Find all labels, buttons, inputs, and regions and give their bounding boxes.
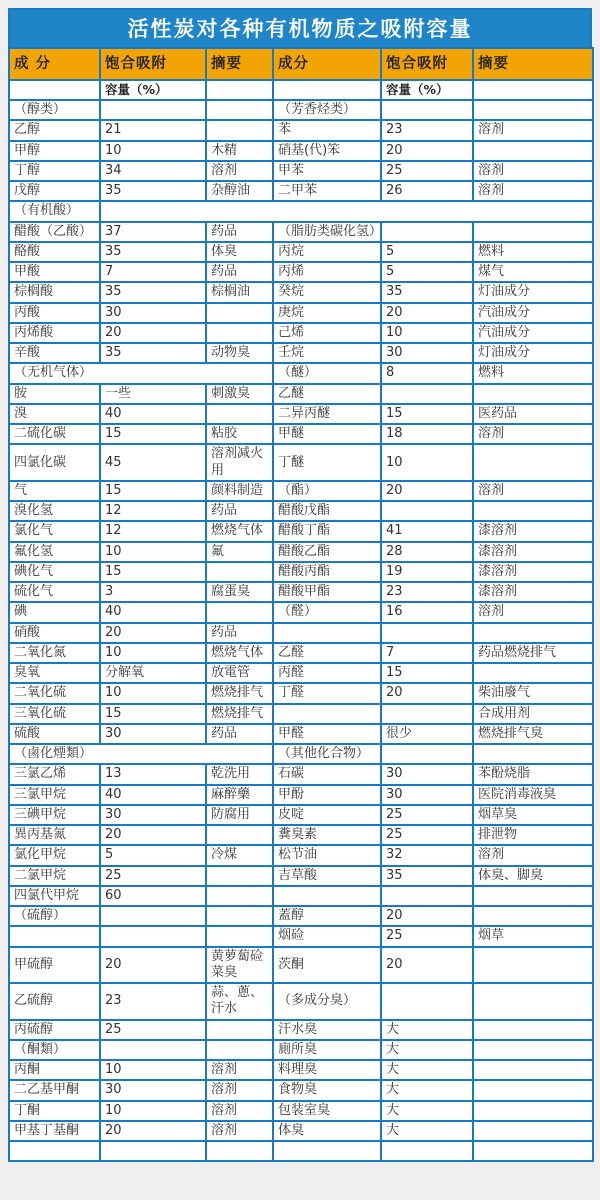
table-cell: 三碘甲烷 (9, 805, 100, 825)
table-cell: 60 (100, 886, 206, 906)
table-row: 胺一些刺激臭乙醚 (9, 384, 593, 404)
table-cell: 丙烯 (273, 262, 381, 282)
table-cell: 30 (100, 805, 206, 825)
table-row: 丙酸30庚烷20汽油成分 (9, 303, 593, 323)
table-row: （鹵化煙類）（其他化合物） (9, 744, 593, 764)
table-cell: 醋酸甲酯 (273, 582, 381, 602)
table-cell: 腐蛋臭 (206, 582, 273, 602)
table-cell: 燃烧排气 (206, 704, 273, 724)
table-cell: 杂醇油 (206, 181, 273, 201)
table-cell: 大 (381, 1121, 473, 1141)
table-cell: 庚烷 (273, 303, 381, 323)
table-row: 甲醇10木精硝基(代)笨20 (9, 141, 593, 161)
table-cell: 粘胶 (206, 424, 273, 444)
table-cell: 煤气 (473, 262, 593, 282)
table-row: 棕榈酸35棕榈油癸烷35灯油成分 (9, 282, 593, 302)
table-cell: 大 (381, 1101, 473, 1121)
table-cell: 体臭、脚臭 (473, 866, 593, 886)
table-cell (473, 222, 593, 242)
table-cell (381, 623, 473, 643)
table-cell: 壬烷 (273, 343, 381, 363)
table-cell: 23 (381, 582, 473, 602)
table-cell: 23 (381, 120, 473, 140)
table-cell: 20 (381, 683, 473, 703)
table-cell: 甲硫醇 (9, 947, 100, 984)
table-cell: 大 (381, 1020, 473, 1040)
table-cell: 35 (381, 866, 473, 886)
table-cell (206, 825, 273, 845)
table-cell: 醋酸戊酯 (273, 501, 381, 521)
table-cell: 碘 (9, 602, 100, 622)
table-cell (206, 926, 273, 946)
table-cell (473, 1080, 593, 1100)
table-cell: 25 (381, 825, 473, 845)
table-cell: 包装室臭 (273, 1101, 381, 1121)
table-cell: 甲苯 (273, 161, 381, 181)
table-cell (206, 1040, 273, 1060)
table-cell: 醋酸（乙酸） (9, 222, 100, 242)
table-row: 三氧化硫15燃烧排气合成用剂 (9, 704, 593, 724)
table-cell: 甲醛 (273, 724, 381, 744)
table-header: 成 分 饱合吸附 摘要 成分 饱合吸附 摘要 容量（%） 容量（%） (9, 48, 593, 100)
table-cell (473, 100, 593, 120)
table-cell: 氟化氢 (9, 542, 100, 562)
table-cell: 丁酮 (9, 1101, 100, 1121)
table-cell (206, 100, 273, 120)
table-cell: （酮類） (9, 1040, 100, 1060)
table-cell: 防腐用 (206, 805, 273, 825)
table-row: 氟化氢10氟醋酸乙酯28漆溶剂 (9, 542, 593, 562)
table-cell: 二硫化碳 (9, 424, 100, 444)
header-component-left: 成 分 (9, 48, 100, 80)
table-cell: 汽油成分 (473, 323, 593, 343)
table-row: 丙酮10溶剂料理臭大 (9, 1060, 593, 1080)
table-cell: 漆溶剂 (473, 542, 593, 562)
table-cell (473, 1141, 593, 1161)
table-cell: 溶剂 (473, 424, 593, 444)
table-cell: 体臭 (273, 1121, 381, 1141)
table-cell (473, 623, 593, 643)
table-cell: 料理臭 (273, 1060, 381, 1080)
table-cell: 己烯 (273, 323, 381, 343)
table-cell: 分解氧 (100, 663, 206, 683)
table-cell (381, 384, 473, 404)
table-cell: 硝酸 (9, 623, 100, 643)
table-cell: 20 (381, 141, 473, 161)
table-cell: （其他化合物） (273, 744, 381, 764)
table-cell: 四氯代甲烷 (9, 886, 100, 906)
table-cell: 二氧化氮 (9, 643, 100, 663)
table-cell: 溶剂 (473, 120, 593, 140)
table-cell: 甲基丁基酮 (9, 1121, 100, 1141)
table-row: 氯化气12燃烧气体醋酸丁酯41漆溶剂 (9, 521, 593, 541)
table-cell: 12 (100, 521, 206, 541)
table-cell: 醋酸乙酯 (273, 542, 381, 562)
table-cell: 15 (100, 562, 206, 582)
table-row: 甲酸7药品丙烯5煤气 (9, 262, 593, 282)
subheader-cell (9, 80, 100, 100)
table-cell (473, 384, 593, 404)
table-cell (206, 303, 273, 323)
table-cell (381, 704, 473, 724)
table-row: 三氯乙烯13乾洗用石碳30苯酚烧脂 (9, 764, 593, 784)
table-cell: 溶剂 (473, 845, 593, 865)
table-cell: 40 (100, 785, 206, 805)
table-cell: 10 (100, 643, 206, 663)
table-cell: 35 (100, 343, 206, 363)
table-cell: 10 (100, 683, 206, 703)
table-cell (9, 1141, 100, 1161)
table-cell (273, 1141, 381, 1161)
table-cell (473, 744, 593, 764)
table-cell: 20 (381, 906, 473, 926)
table-cell: 15 (381, 663, 473, 683)
table-cell: 三氯乙烯 (9, 764, 100, 784)
table-cell (473, 947, 593, 984)
table-row: 二硫化碳15粘胶甲醚18溶剂 (9, 424, 593, 444)
table-cell: 药品燃烧排气 (473, 643, 593, 663)
table-cell: 气 (9, 481, 100, 501)
table-row: （无机气体）（醚）8燃料 (9, 363, 593, 383)
table-cell: 胺 (9, 384, 100, 404)
table-cell: 茨酮 (273, 947, 381, 984)
table-cell: 燃料 (473, 242, 593, 262)
table-cell: 醋酸丙酯 (273, 562, 381, 582)
table-cell: 硫化气 (9, 582, 100, 602)
table-cell: 25 (381, 161, 473, 181)
table-row: 四氯化碳45溶剂减火用丁醚10 (9, 444, 593, 481)
table-cell: 30 (381, 343, 473, 363)
table-cell: 硝基(代)笨 (273, 141, 381, 161)
table-cell: 氟 (206, 542, 273, 562)
table-cell: 放電管 (206, 663, 273, 683)
table-cell: （芳香烃类） (273, 100, 381, 120)
table-cell: 药品 (206, 724, 273, 744)
table-cell: 30 (100, 724, 206, 744)
table-cell: 5 (381, 262, 473, 282)
table-cell: 20 (100, 323, 206, 343)
table-cell: 木精 (206, 141, 273, 161)
table-row: 丙硫醇25汗水臭大 (9, 1020, 593, 1040)
table-cell: 21 (100, 120, 206, 140)
table-cell (273, 704, 381, 724)
table-row: 醋酸（乙酸）37药品（脂肪类碳化氢） (9, 222, 593, 242)
table-cell (206, 886, 273, 906)
table-row: 溴化氢12药品醋酸戊酯 (9, 501, 593, 521)
table-cell (473, 501, 593, 521)
table-cell: 一些 (100, 384, 206, 404)
table-cell: （醛） (273, 602, 381, 622)
table-cell: 甲醇 (9, 141, 100, 161)
table-cell: 10 (100, 141, 206, 161)
table-cell: 三氯甲烷 (9, 785, 100, 805)
table-cell: 合成用剂 (473, 704, 593, 724)
table-row: 甲基丁基酮20溶剂体臭大 (9, 1121, 593, 1141)
table-row: 烟硷25烟草 (9, 926, 593, 946)
table-cell (473, 1060, 593, 1080)
table-cell: 甲酚 (273, 785, 381, 805)
table-row: 硫酸30药品甲醛很少燃烧排气臭 (9, 724, 593, 744)
table-cell: 7 (381, 643, 473, 663)
table-cell (381, 501, 473, 521)
table-cell: 药品 (206, 501, 273, 521)
adsorption-table: 成 分 饱合吸附 摘要 成分 饱合吸附 摘要 容量（%） 容量（%） （醇类）（… (8, 47, 594, 1162)
table-cell: （有机酸） (9, 201, 100, 221)
table-cell: 漆溶剂 (473, 562, 593, 582)
table-cell: 硫酸 (9, 724, 100, 744)
table-cell: 苯酚烧脂 (473, 764, 593, 784)
header-component-right: 成分 (273, 48, 381, 80)
table-cell: 燃料 (473, 363, 593, 383)
table-cell (100, 1141, 206, 1161)
table-cell: 醋酸丁酯 (273, 521, 381, 541)
table-cell: 35 (100, 282, 206, 302)
table-cell: 戊醇 (9, 181, 100, 201)
table-cell: 32 (381, 845, 473, 865)
table-cell: 溶剂 (206, 1101, 273, 1121)
table-cell: 氯化甲烷 (9, 845, 100, 865)
table-cell: 燃烧气体 (206, 643, 273, 663)
table-row: 戊醇35杂醇油二甲苯26溶剂 (9, 181, 593, 201)
table-cell: 20 (100, 825, 206, 845)
table-cell: 臭氧 (9, 663, 100, 683)
table-cell: （醚） (273, 363, 381, 383)
table-cell: 15 (100, 424, 206, 444)
table-cell: 溶剂减火用 (206, 444, 273, 481)
table-cell (381, 744, 473, 764)
table-row: 二乙基甲酮30溶剂食物臭大 (9, 1080, 593, 1100)
page-title: 活性炭对各种有机物质之吸附容量 (8, 8, 592, 47)
table-cell: 丙醛 (273, 663, 381, 683)
table-cell (381, 222, 473, 242)
table-row: （醇类）（芳香烃类） (9, 100, 593, 120)
table-cell (381, 100, 473, 120)
table-cell: 燃烧排气 (206, 683, 273, 703)
table-cell: 溶剂 (473, 602, 593, 622)
table-cell: 冷煤 (206, 845, 273, 865)
header-summary-left: 摘要 (206, 48, 273, 80)
table-row: 碘40（醛）16溶剂 (9, 602, 593, 622)
table-cell (100, 1040, 206, 1060)
table-cell: 灯油成分 (473, 282, 593, 302)
table-cell: 漆溶剂 (473, 521, 593, 541)
table-cell: （硫醇） (9, 906, 100, 926)
table-cell: 20 (381, 947, 473, 984)
table-row: 乙醇21苯23溶剂 (9, 120, 593, 140)
table-cell: 二氧化硫 (9, 683, 100, 703)
table-cell: 30 (100, 1080, 206, 1100)
table-cell: 漆溶剂 (473, 582, 593, 602)
table-cell: 20 (100, 947, 206, 984)
table-cell (473, 663, 593, 683)
subheader-row: 容量（%） 容量（%） (9, 80, 593, 100)
table-cell: 汗水臭 (273, 1020, 381, 1040)
table-cell: 25 (381, 805, 473, 825)
header-row: 成 分 饱合吸附 摘要 成分 饱合吸附 摘要 (9, 48, 593, 80)
table-cell: 15 (100, 481, 206, 501)
table-cell: 丁醛 (273, 683, 381, 703)
table-cell: 7 (100, 262, 206, 282)
table-cell (273, 886, 381, 906)
table-cell (206, 602, 273, 622)
table-cell: 大 (381, 1040, 473, 1060)
table-cell: 烟草臭 (473, 805, 593, 825)
table-cell: 黄萝蔔硷菜臭 (206, 947, 273, 984)
table-row: （硫醇）蓋醇20 (9, 906, 593, 926)
table-cell: 燃烧排气臭 (473, 724, 593, 744)
table-cell: 酪酸 (9, 242, 100, 262)
table-cell: 二氯甲烷 (9, 866, 100, 886)
table-cell: 16 (381, 602, 473, 622)
table-row: （有机酸） (9, 201, 593, 221)
table-cell: 10 (381, 323, 473, 343)
table-row: 三碘甲烷30防腐用皮啶25烟草臭 (9, 805, 593, 825)
table-cell: 26 (381, 181, 473, 201)
table-row: （酮類）廁所臭大 (9, 1040, 593, 1060)
table-cell: 碘化气 (9, 562, 100, 582)
table-cell: 三氧化硫 (9, 704, 100, 724)
table-cell: 13 (100, 764, 206, 784)
table-cell: 溴化氢 (9, 501, 100, 521)
table-cell: 溶剂 (473, 181, 593, 201)
subheader-cell (206, 80, 273, 100)
table-cell (473, 886, 593, 906)
table-cell: 汽油成分 (473, 303, 593, 323)
header-summary-right: 摘要 (473, 48, 593, 80)
table-cell (206, 404, 273, 424)
table-cell: 34 (100, 161, 206, 181)
table-cell (381, 1141, 473, 1161)
table-cell: 棕榈酸 (9, 282, 100, 302)
table-cell: 15 (381, 404, 473, 424)
table-row: 二氯甲烷25吉草酸35体臭、脚臭 (9, 866, 593, 886)
table-cell (473, 1020, 593, 1040)
table-cell: 石碳 (273, 764, 381, 784)
table-cell: 丙烷 (273, 242, 381, 262)
subheader-capacity-right: 容量（%） (381, 80, 473, 100)
table-cell: （酯） (273, 481, 381, 501)
table-cell: 麻醉藥 (206, 785, 273, 805)
table-cell: 35 (100, 181, 206, 201)
table-cell: 甲醚 (273, 424, 381, 444)
table-cell: （脂肪类碳化氢） (273, 222, 381, 242)
table-cell: 19 (381, 562, 473, 582)
table-cell: 丁醚 (273, 444, 381, 481)
table-cell: 溶剂 (473, 481, 593, 501)
table-row: 溴40二异丙醚15医药品 (9, 404, 593, 424)
table-cell (473, 906, 593, 926)
table-cell (473, 444, 593, 481)
table-cell (473, 1040, 593, 1060)
table-cell: 皮啶 (273, 805, 381, 825)
table-row: 丁酮10溶剂包装室臭大 (9, 1101, 593, 1121)
table-cell (206, 866, 273, 886)
table-cell: 異丙基氮 (9, 825, 100, 845)
table-cell (100, 906, 206, 926)
table-row: 硝酸20药品 (9, 623, 593, 643)
table-cell: 溴 (9, 404, 100, 424)
table-cell: （鹵化煙類） (9, 744, 273, 764)
table-cell: 癸烷 (273, 282, 381, 302)
table-row: 碘化气15醋酸丙酯19漆溶剂 (9, 562, 593, 582)
table-cell (473, 983, 593, 1020)
table-cell: 二异丙醚 (273, 404, 381, 424)
table-cell: 10 (381, 444, 473, 481)
table-cell: 18 (381, 424, 473, 444)
table-row: 乙硫醇23蒜、蔥、汗水（多成分臭） (9, 983, 593, 1020)
table-cell: 25 (100, 866, 206, 886)
table-cell (473, 141, 593, 161)
table-cell: 烟硷 (273, 926, 381, 946)
table-row: 臭氧分解氧放電管丙醛15 (9, 663, 593, 683)
table-cell: 丙硫醇 (9, 1020, 100, 1040)
table-cell: 37 (100, 222, 206, 242)
table-cell (206, 1141, 273, 1161)
table-row: 甲硫醇20黄萝蔔硷菜臭茨酮20 (9, 947, 593, 984)
table-cell: 5 (381, 242, 473, 262)
table-cell: 食物臭 (273, 1080, 381, 1100)
table-cell: 溶剂 (473, 161, 593, 181)
table-cell: 10 (100, 542, 206, 562)
table-cell (273, 623, 381, 643)
table-cell: 药品 (206, 623, 273, 643)
table-cell: 柴油廢气 (473, 683, 593, 703)
table-cell: 40 (100, 602, 206, 622)
table-cell: 20 (381, 481, 473, 501)
table-row: 丙烯酸20己烯10汽油成分 (9, 323, 593, 343)
table-cell: 颜料制造 (206, 481, 273, 501)
table-cell: 35 (381, 282, 473, 302)
table-cell: 溶剂 (206, 1121, 273, 1141)
table-cell: 丁醇 (9, 161, 100, 181)
table-cell: （多成分臭） (273, 983, 381, 1020)
table-cell: 烟草 (473, 926, 593, 946)
table-cell: 体臭 (206, 242, 273, 262)
table-cell: 25 (100, 1020, 206, 1040)
table-cell: 溶剂 (206, 161, 273, 181)
table-cell: 乙醚 (273, 384, 381, 404)
table-cell: 35 (100, 242, 206, 262)
table-cell: 3 (100, 582, 206, 602)
table-cell: 廁所臭 (273, 1040, 381, 1060)
table-cell: 棕榈油 (206, 282, 273, 302)
table-cell: 8 (381, 363, 473, 383)
table-row: 丁醇34溶剂甲苯25溶剂 (9, 161, 593, 181)
table-cell (100, 100, 206, 120)
table-row: 四氯代甲烷60 (9, 886, 593, 906)
table-row: 二氧化硫10燃烧排气丁醛20柴油廢气 (9, 683, 593, 703)
table-cell: 28 (381, 542, 473, 562)
table-cell: 药品 (206, 222, 273, 242)
table-cell: 丙酮 (9, 1060, 100, 1080)
table-row (9, 1141, 593, 1161)
table-row: 辛酸35动物臭壬烷30灯油成分 (9, 343, 593, 363)
table-cell: 排泄物 (473, 825, 593, 845)
table-cell (473, 1121, 593, 1141)
table-cell: 丙酸 (9, 303, 100, 323)
table-cell: 乙醛 (273, 643, 381, 663)
table-cell: 15 (100, 704, 206, 724)
subheader-cell (273, 80, 381, 100)
table-row: 气15颜料制造（酯）20溶剂 (9, 481, 593, 501)
table-cell: 乾洗用 (206, 764, 273, 784)
subheader-capacity-left: 容量（%） (100, 80, 206, 100)
table-cell: 41 (381, 521, 473, 541)
table-cell (9, 926, 100, 946)
table-cell: 10 (100, 1060, 206, 1080)
table-cell (206, 120, 273, 140)
table-cell: 吉草酸 (273, 866, 381, 886)
